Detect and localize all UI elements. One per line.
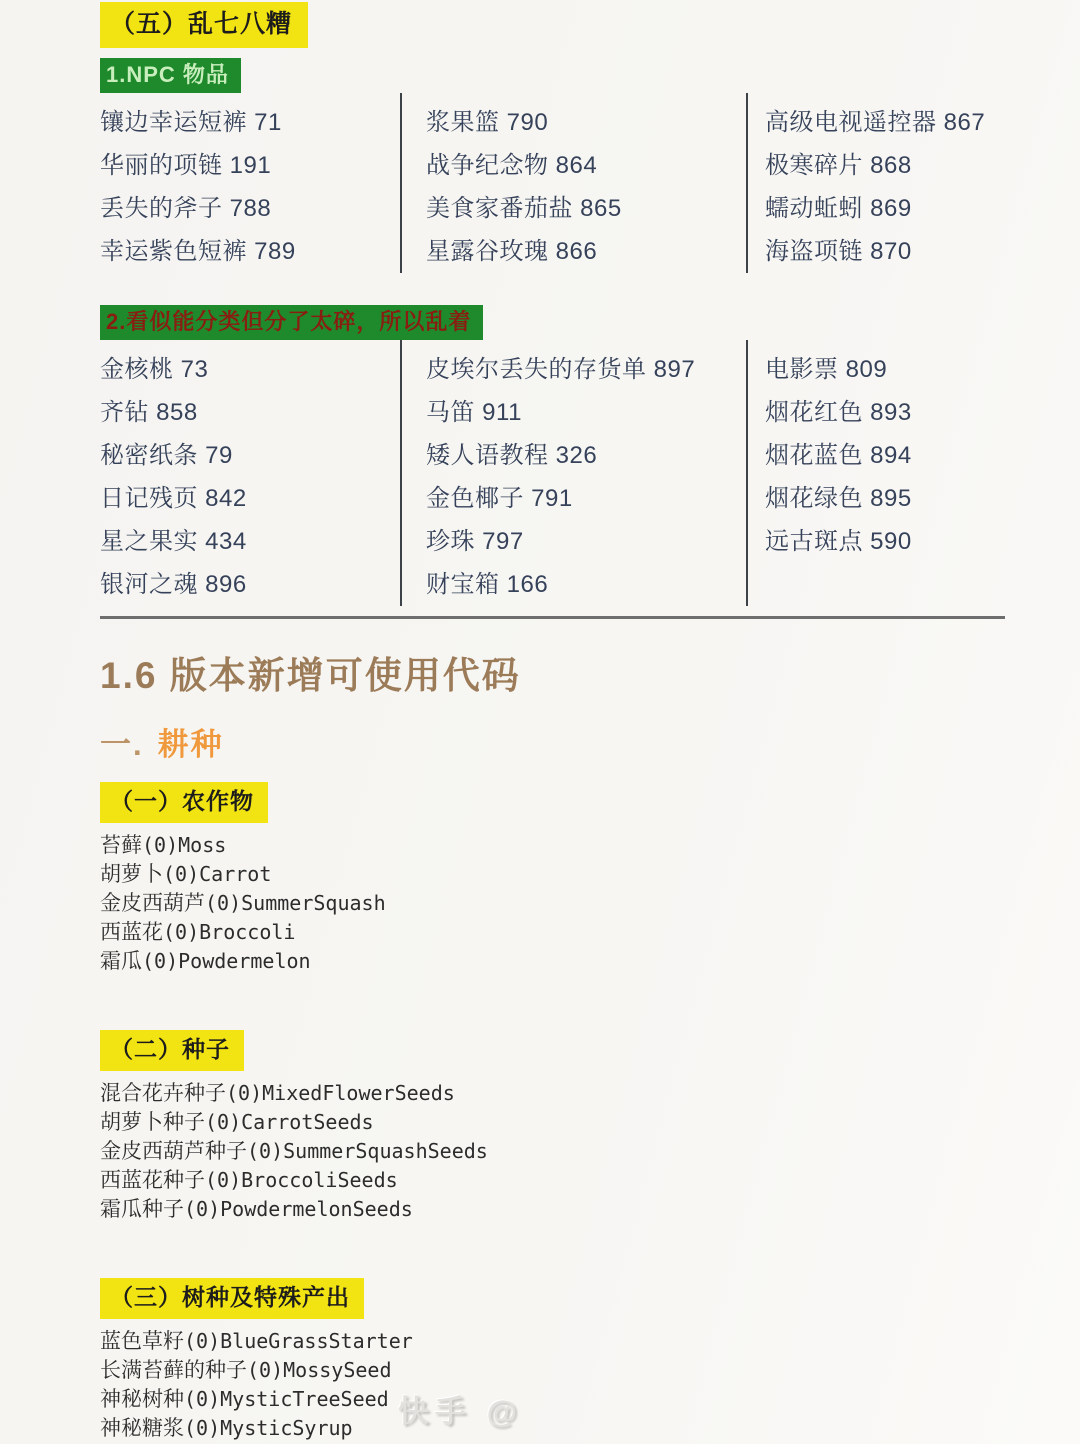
list-item: 极寒碎片 868 bbox=[765, 144, 1005, 187]
code-item-name: 神秘树种 bbox=[100, 1388, 184, 1411]
list-item: 财宝箱 166 bbox=[426, 563, 746, 606]
code-item: 神秘树种(0)MysticTreeSeed bbox=[100, 1385, 1080, 1414]
code-item-code: (0)MysticSyrup bbox=[184, 1416, 353, 1440]
list-item: 日记残页 842 bbox=[100, 477, 400, 520]
code-item-code: (0)PowdermelonSeeds bbox=[184, 1197, 413, 1221]
code-item: 混合花卉种子(0)MixedFlowerSeeds bbox=[100, 1079, 1080, 1108]
list-item: 镶边幸运短裤 71 bbox=[100, 101, 400, 144]
code-item-name: 混合花卉种子 bbox=[100, 1082, 226, 1105]
code-item: 苔藓(0)Moss bbox=[100, 831, 1080, 860]
part-label: 耕种 bbox=[158, 727, 224, 762]
list-item: 海盗项链 870 bbox=[765, 230, 1005, 273]
v16-title: 1.6 版本新增可使用代码 bbox=[100, 645, 1080, 699]
kuaishou-watermark: 快手 @ bbox=[398, 1386, 523, 1431]
trees-code-list: 蓝色草籽(0)BlueGrassStarter长满苔藓的种子(0)MossySe… bbox=[100, 1327, 1080, 1443]
list-item: 星之果实 434 bbox=[100, 520, 400, 563]
code-item-name: 金皮西葫芦 bbox=[100, 892, 205, 915]
list-item: 蠕动蚯蚓 869 bbox=[765, 187, 1005, 230]
npc-group-label: 1.NPC 物品 bbox=[100, 58, 241, 93]
code-item: 金皮西葫芦(0)SummerSquash bbox=[100, 889, 1080, 918]
code-item: 胡萝卜种子(0)CarrotSeeds bbox=[100, 1108, 1080, 1137]
code-item-name: 霜瓜种子 bbox=[100, 1198, 184, 1221]
list-item: 浆果篮 790 bbox=[426, 101, 746, 144]
list-item: 秘密纸条 79 bbox=[100, 434, 400, 477]
code-item-code: (0)MysticTreeSeed bbox=[184, 1387, 389, 1411]
code-item: 胡萝卜(0)Carrot bbox=[100, 860, 1080, 889]
document-page: （五）乱七八糟 1.NPC 物品 镶边幸运短裤 71华丽的项链 191丢失的斧子… bbox=[0, 0, 1080, 1444]
list-item: 华丽的项链 191 bbox=[100, 144, 400, 187]
scattered-items-column-3: 电影票 809烟花红色 893烟花蓝色 894烟花绿色 895远古斑点 590 bbox=[748, 340, 1005, 606]
code-item-name: 西蓝花种子 bbox=[100, 1169, 205, 1192]
list-item: 矮人语教程 326 bbox=[426, 434, 746, 477]
list-item: 远古斑点 590 bbox=[765, 520, 1005, 563]
list-item: 星露谷玫瑰 866 bbox=[426, 230, 746, 273]
trees-section: （三）树种及特殊产出 bbox=[100, 1260, 1080, 1319]
crops-section-label: （一）农作物 bbox=[100, 782, 268, 823]
seeds-section: （二）种子 bbox=[100, 1012, 1080, 1071]
scattered-group: 2.看似能分类但分了太碎，所以乱着 bbox=[100, 305, 1080, 340]
list-item: 珍珠 797 bbox=[426, 520, 746, 563]
list-item: 齐钻 858 bbox=[100, 391, 400, 434]
section-misc: （五）乱七八糟 bbox=[100, 2, 1080, 48]
code-item: 蓝色草籽(0)BlueGrassStarter bbox=[100, 1327, 1080, 1356]
npc-items-column-1: 镶边幸运短裤 71华丽的项链 191丢失的斧子 788幸运紫色短裤 789 bbox=[100, 93, 400, 273]
list-item: 美食家番茄盐 865 bbox=[426, 187, 746, 230]
scattered-items-table: 金核桃 73齐钻 858秘密纸条 79日记残页 842星之果实 434银河之魂 … bbox=[100, 340, 1005, 606]
crops-section: （一）农作物 bbox=[100, 764, 1080, 823]
seeds-section-label: （二）种子 bbox=[100, 1030, 244, 1071]
code-item-code: (0)MossySeed bbox=[247, 1358, 392, 1382]
code-item-name: 西蓝花 bbox=[100, 921, 163, 944]
list-item: 高级电视遥控器 867 bbox=[765, 101, 1005, 144]
list-item: 金核桃 73 bbox=[100, 348, 400, 391]
code-item: 金皮西葫芦种子(0)SummerSquashSeeds bbox=[100, 1137, 1080, 1166]
code-item-name: 金皮西葫芦种子 bbox=[100, 1140, 247, 1163]
code-item-name: 胡萝卜 bbox=[100, 863, 163, 886]
code-item: 西蓝花种子(0)BroccoliSeeds bbox=[100, 1166, 1080, 1195]
list-item: 马笛 911 bbox=[426, 391, 746, 434]
code-item-code: (0)MixedFlowerSeeds bbox=[226, 1081, 455, 1105]
scattered-group-label: 2.看似能分类但分了太碎，所以乱着 bbox=[100, 305, 483, 340]
section-misc-title: （五）乱七八糟 bbox=[100, 2, 308, 48]
list-item: 银河之魂 896 bbox=[100, 563, 400, 606]
code-item-code: (0)BroccoliSeeds bbox=[205, 1168, 398, 1192]
farming-part-title: 一.耕种 bbox=[100, 719, 1080, 764]
code-item-code: (0)Carrot bbox=[163, 862, 271, 886]
code-item: 霜瓜种子(0)PowdermelonSeeds bbox=[100, 1195, 1080, 1224]
list-item: 皮埃尔丢失的存货单 897 bbox=[426, 348, 746, 391]
trees-section-label: （三）树种及特殊产出 bbox=[100, 1278, 364, 1319]
scattered-items-column-1: 金核桃 73齐钻 858秘密纸条 79日记残页 842星之果实 434银河之魂 … bbox=[100, 340, 400, 606]
code-item: 长满苔藓的种子(0)MossySeed bbox=[100, 1356, 1080, 1385]
code-item-code: (0)Powdermelon bbox=[142, 949, 311, 973]
code-item-name: 神秘糖浆 bbox=[100, 1417, 184, 1440]
list-item: 烟花蓝色 894 bbox=[765, 434, 1005, 477]
list-item: 丢失的斧子 788 bbox=[100, 187, 400, 230]
npc-items-column-2: 浆果篮 790战争纪念物 864美食家番茄盐 865星露谷玫瑰 866 bbox=[400, 93, 748, 273]
section-divider bbox=[100, 616, 1005, 619]
code-item-code: (0)BlueGrassStarter bbox=[184, 1329, 413, 1353]
code-item-name: 霜瓜 bbox=[100, 950, 142, 973]
list-item: 战争纪念物 864 bbox=[426, 144, 746, 187]
code-item-code: (0)Moss bbox=[142, 833, 226, 857]
code-item-name: 长满苔藓的种子 bbox=[100, 1359, 247, 1382]
code-item: 霜瓜(0)Powdermelon bbox=[100, 947, 1080, 976]
npc-items-column-3: 高级电视遥控器 867极寒碎片 868蠕动蚯蚓 869海盗项链 870 bbox=[748, 93, 1005, 273]
list-item: 烟花红色 893 bbox=[765, 391, 1005, 434]
code-item-code: (0)SummerSquash bbox=[205, 891, 386, 915]
code-item-name: 蓝色草籽 bbox=[100, 1330, 184, 1353]
code-item-name: 苔藓 bbox=[100, 834, 142, 857]
list-item: 幸运紫色短裤 789 bbox=[100, 230, 400, 273]
npc-group: 1.NPC 物品 bbox=[100, 58, 1080, 93]
part-number: 一. bbox=[100, 727, 144, 762]
list-item: 金色椰子 791 bbox=[426, 477, 746, 520]
code-item: 神秘糖浆(0)MysticSyrup bbox=[100, 1414, 1080, 1443]
code-item-code: (0)CarrotSeeds bbox=[205, 1110, 374, 1134]
list-item: 烟花绿色 895 bbox=[765, 477, 1005, 520]
code-item-code: (0)Broccoli bbox=[163, 920, 295, 944]
scattered-items-column-2: 皮埃尔丢失的存货单 897马笛 911矮人语教程 326金色椰子 791珍珠 7… bbox=[400, 340, 748, 606]
code-item-name: 胡萝卜种子 bbox=[100, 1111, 205, 1134]
list-item: 电影票 809 bbox=[765, 348, 1005, 391]
seeds-code-list: 混合花卉种子(0)MixedFlowerSeeds胡萝卜种子(0)CarrotS… bbox=[100, 1079, 1080, 1224]
npc-items-table: 镶边幸运短裤 71华丽的项链 191丢失的斧子 788幸运紫色短裤 789 浆果… bbox=[100, 93, 1005, 273]
code-item: 西蓝花(0)Broccoli bbox=[100, 918, 1080, 947]
crops-code-list: 苔藓(0)Moss胡萝卜(0)Carrot金皮西葫芦(0)SummerSquas… bbox=[100, 831, 1080, 976]
code-item-code: (0)SummerSquashSeeds bbox=[247, 1139, 488, 1163]
